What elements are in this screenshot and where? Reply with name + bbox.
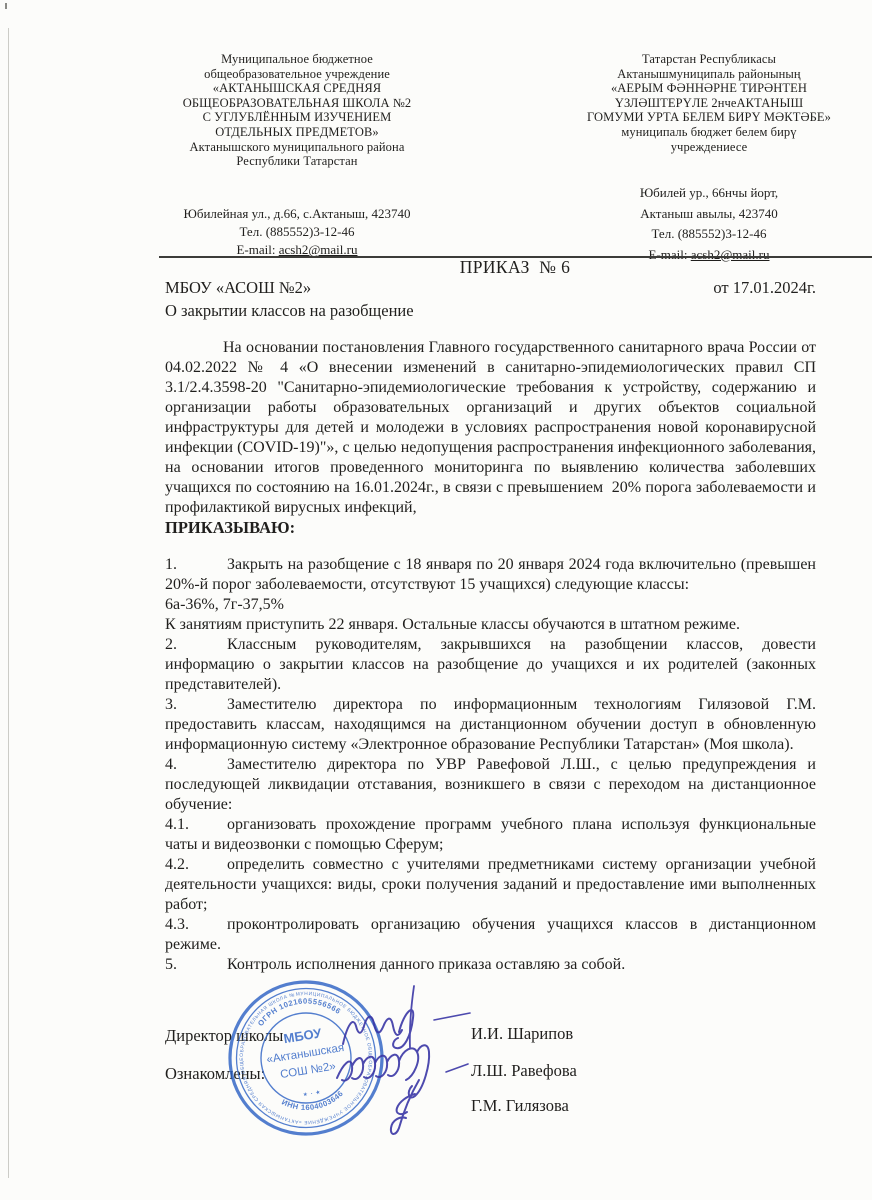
director-signature bbox=[343, 986, 470, 1048]
stamp-center-line-3: СОШ №2» bbox=[280, 1061, 337, 1082]
stamp-outer-circle bbox=[219, 971, 393, 1145]
order-item-3: 3.Заместителю директора по информационны… bbox=[165, 695, 816, 755]
letterhead-line: Татарстан Республикасы bbox=[578, 52, 840, 67]
scan-bottom-smudge bbox=[0, 1188, 420, 1200]
phone-line: Тел. (885552)3-12-46 bbox=[166, 223, 428, 241]
order-title: ПРИКАЗ № 6 bbox=[165, 257, 865, 278]
address-line: Актаныш авылы, 423740 bbox=[578, 204, 840, 225]
order-item-4-2: 4.2.определить совместно с учителями пре… bbox=[165, 855, 816, 915]
letterhead-line: «АКТАНЫШСКАЯ СРЕДНЯЯ bbox=[166, 81, 428, 96]
order-item-2: 2.Классным руководителям, закрывшихся на… bbox=[165, 635, 816, 695]
letterhead-russian: Муниципальное бюджетное общеобразователь… bbox=[166, 52, 428, 169]
item-number: 4.3. bbox=[165, 915, 227, 935]
item-text: К занятиям приступить 22 января. Остальн… bbox=[165, 616, 740, 633]
letterhead-line: ГОМУМИ УРТА БЕЛЕМ БИРҮ МӘКТӘБЕ» bbox=[578, 110, 840, 125]
item-text: определить совместно с учителями предмет… bbox=[165, 856, 816, 913]
item-number: 5. bbox=[165, 955, 227, 975]
order-body: На основании постановления Главного госу… bbox=[165, 338, 816, 975]
stamp-inner-circle bbox=[255, 1007, 358, 1110]
order-item-5: 5.Контроль исполнения данного приказа ос… bbox=[165, 955, 816, 975]
letterhead-line: Актанышмуниципаль районының bbox=[578, 67, 840, 82]
order-item-4: 4.Заместителю директора по УВР Равефовой… bbox=[165, 755, 816, 815]
svg-text:ОГРН 1021605556566: ОГРН 1021605556566 bbox=[253, 990, 344, 1028]
director-name: И.И. Шарипов bbox=[471, 1024, 573, 1044]
stamp-ogrn-text: ОГРН 1021605556566 bbox=[253, 990, 344, 1028]
director-label: Директор школы bbox=[165, 1026, 283, 1046]
letterhead-line: «АЕРЫМ ФӘННӘРНЕ ТИРӘНТЕН bbox=[578, 81, 840, 96]
email-address: acsh2@mail.ru bbox=[279, 242, 358, 257]
letterhead-line: ОБЩЕОБРАЗОВАТЕЛЬНАЯ ШКОЛА №2 bbox=[166, 96, 428, 111]
letterhead-line: муниципаль бюджет белем бирү bbox=[578, 125, 840, 140]
scan-corner-mark bbox=[5, 3, 7, 9]
letterhead-line: С УГЛУБЛЁННЫМ ИЗУЧЕНИЕМ bbox=[166, 110, 428, 125]
item-number: 4.2. bbox=[165, 855, 227, 875]
order-item-4-3: 4.3.проконтролировать организацию обучен… bbox=[165, 915, 816, 955]
handwritten-signatures bbox=[337, 986, 470, 1134]
item-number: 4.1. bbox=[165, 815, 227, 835]
phone-line: Тел. (885552)3-12-46 bbox=[578, 224, 840, 245]
acknowledged-label: Ознакомлены: bbox=[165, 1064, 265, 1084]
item-number: 2. bbox=[165, 635, 227, 655]
item-text: Заместителю директора по УВР Равефовой Л… bbox=[165, 756, 816, 813]
item-text: Контроль исполнения данного приказа оста… bbox=[227, 956, 625, 973]
address-line: Юбилей ур., 66нчы йорт, bbox=[578, 183, 840, 204]
order-item-1-classes: 6а-36%, 7г-37,5% bbox=[165, 595, 816, 615]
letterhead-address-tatar: Юбилей ур., 66нчы йорт, Актаныш авылы, 4… bbox=[578, 183, 840, 265]
address-line: Юбилейная ул., д.66, с.Актаныш, 423740 bbox=[166, 205, 428, 223]
document-page: Муниципальное бюджетное общеобразователь… bbox=[0, 0, 872, 1200]
org-date-row: МБОУ «АСОШ №2» от 17.01.2024г. bbox=[165, 278, 816, 298]
preamble-paragraph: На основании постановления Главного госу… bbox=[165, 338, 816, 518]
letterhead-line: ҮЗЛӘШТЕРҮЛЕ 2нчеАКТАНЫШ bbox=[578, 96, 840, 111]
item-text: 6а-36%, 7г-37,5% bbox=[165, 596, 284, 613]
order-item-1: 1.Закрыть на разобщение с 18 января по 2… bbox=[165, 555, 816, 595]
directive-word: ПРИКАЗЫВАЮ: bbox=[165, 518, 816, 538]
stamp-center-line-1: МБОУ bbox=[283, 1025, 324, 1046]
item-text: организовать прохождение программ учебно… bbox=[165, 816, 816, 853]
letterhead-address-russian: Юбилейная ул., д.66, с.Актаныш, 423740 Т… bbox=[166, 205, 428, 259]
order-item-1-note: К занятиям приступить 22 января. Остальн… bbox=[165, 615, 816, 635]
letterhead-line: Муниципальное бюджетное bbox=[166, 52, 428, 67]
letterhead-tatar: Татарстан Республикасы Актанышмуниципаль… bbox=[578, 52, 840, 154]
acknowledged-signature-1 bbox=[337, 1045, 468, 1097]
stamp-stars: ★ ・ ★ bbox=[302, 1088, 322, 1099]
acknowledged-name-1: Л.Ш. Равефова bbox=[471, 1061, 577, 1081]
order-subject: О закрытии классов на разобщение bbox=[165, 301, 414, 321]
item-text: Заместителю директора по информационным … bbox=[165, 696, 816, 753]
order-item-4-1: 4.1.организовать прохождение программ уч… bbox=[165, 815, 816, 855]
acknowledged-signature-2 bbox=[391, 1080, 419, 1134]
letterhead-line: общеобразовательное учреждение bbox=[166, 67, 428, 82]
item-text: Классным руководителям, закрывшихся на р… bbox=[165, 636, 816, 693]
org-short-name: МБОУ «АСОШ №2» bbox=[165, 278, 311, 298]
item-number: 3. bbox=[165, 695, 227, 715]
item-text: Закрыть на разобщение с 18 января по 20 … bbox=[165, 556, 816, 593]
item-text: проконтролировать организацию обучения у… bbox=[165, 916, 816, 953]
letterhead-line: Актанышского муниципального района bbox=[166, 140, 428, 155]
svg-text:★ ・ ★: ★ ・ ★ bbox=[302, 1088, 322, 1099]
letterhead-line: ОТДЕЛЬНЫХ ПРЕДМЕТОВ» bbox=[166, 125, 428, 140]
item-number: 4. bbox=[165, 755, 227, 775]
letterhead-line: Республики Татарстан bbox=[166, 154, 428, 169]
order-date: от 17.01.2024г. bbox=[713, 278, 816, 298]
svg-text:ИНН 1604003646: ИНН 1604003646 bbox=[279, 1088, 347, 1117]
acknowledged-name-2: Г.М. Гилязова bbox=[471, 1096, 569, 1116]
scan-edge-line bbox=[8, 28, 9, 1178]
letterhead-line: учреждениесе bbox=[578, 140, 840, 155]
stamp-inn-text: ИНН 1604003646 bbox=[279, 1088, 347, 1117]
email-label: E-mail: bbox=[236, 242, 278, 257]
item-number: 1. bbox=[165, 555, 227, 575]
stamp-middle-circle bbox=[226, 978, 385, 1137]
